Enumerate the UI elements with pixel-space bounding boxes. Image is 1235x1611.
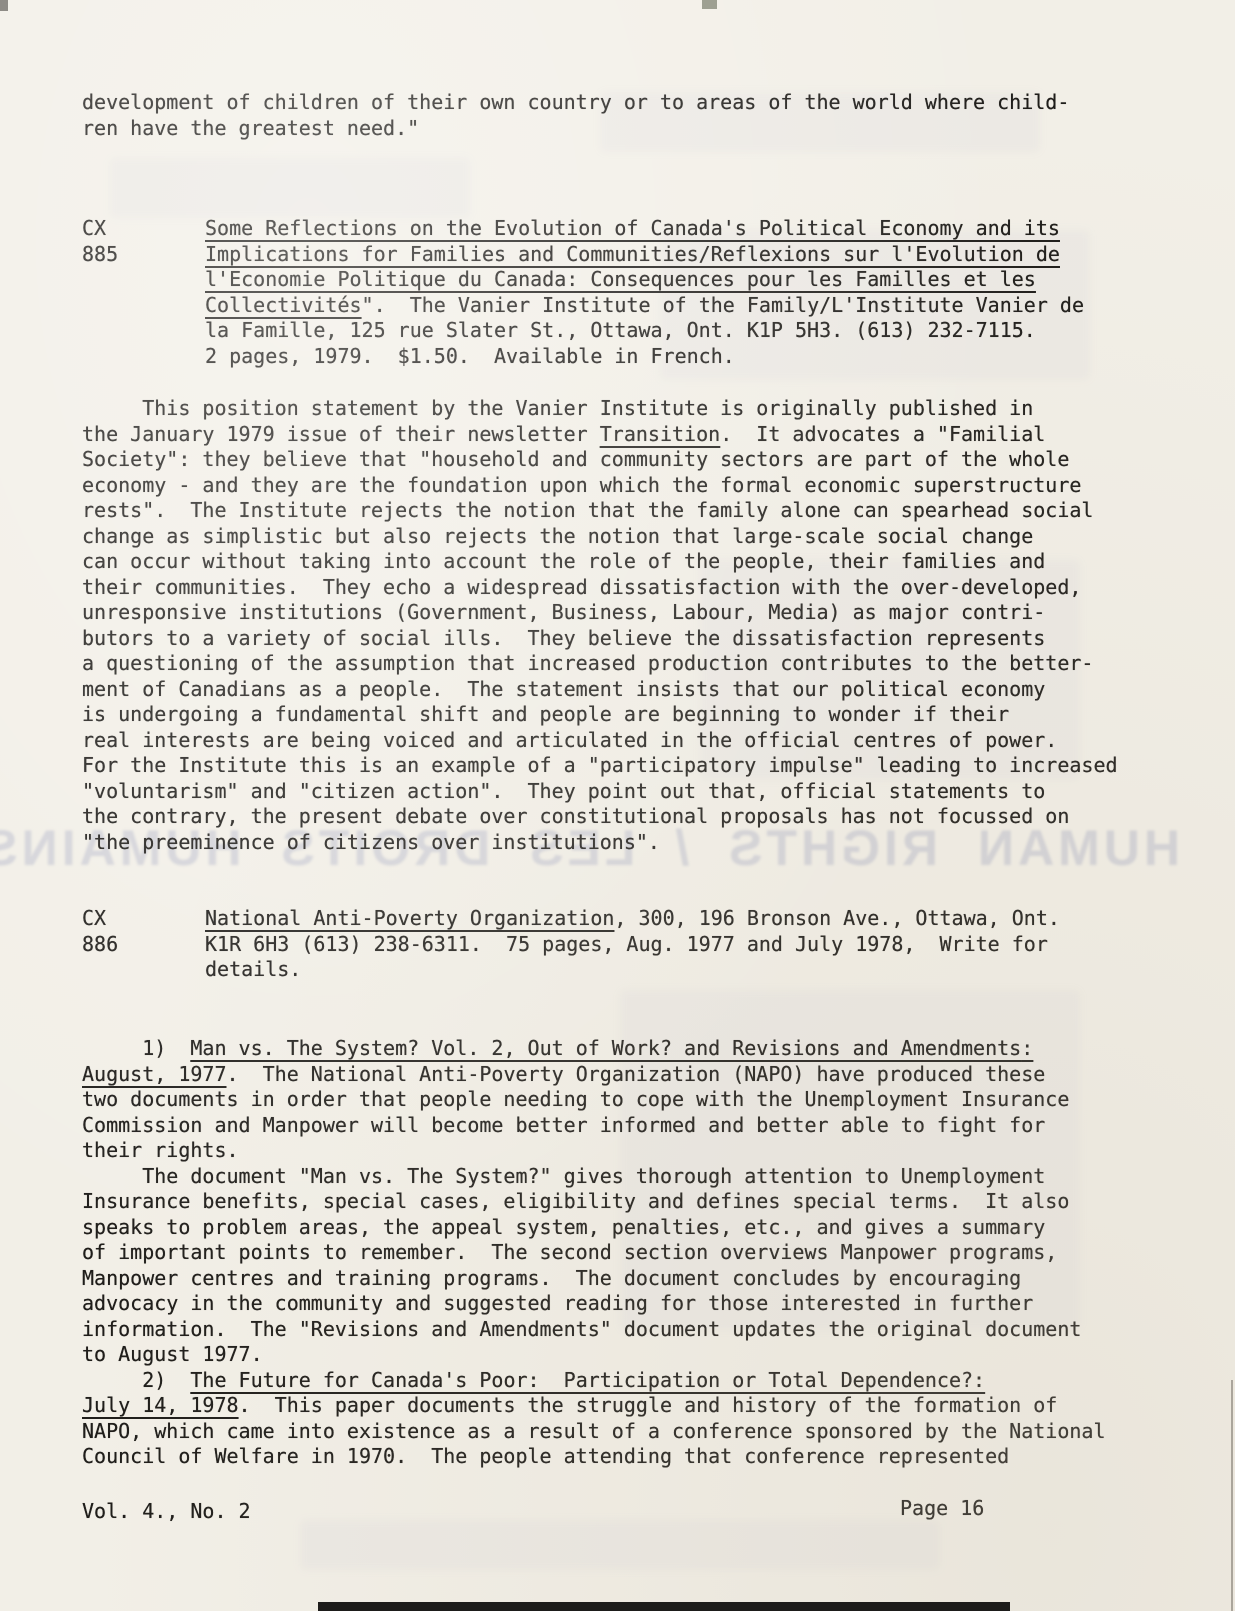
text-line: July 14, 1978. This paper documents the … xyxy=(82,1393,1106,1419)
entry-text: Some Reflections on the Evolution of Can… xyxy=(205,216,1084,369)
text-line: rests". The Institute rejects the notion… xyxy=(82,498,1118,524)
text-segment: The document "Man vs. The System?" gives… xyxy=(82,1164,1045,1188)
text-segment: "the preeminence of citizens over instit… xyxy=(82,830,660,854)
text-segment: rests". The Institute rejects the notion… xyxy=(82,498,1093,522)
underlined-text: l'Economie Politique du Canada: Conseque… xyxy=(205,267,1036,291)
footer-page-number: Page 16 xyxy=(900,1496,984,1522)
entry-id-line: 885 xyxy=(82,242,118,268)
entry-id-line: 886 xyxy=(82,932,118,958)
text-segment: Insurance benefits, special cases, eligi… xyxy=(82,1189,1069,1213)
text-segment: is undergoing a fundamental shift and pe… xyxy=(82,702,1009,726)
text-line: the January 1979 issue of their newslett… xyxy=(82,422,1118,448)
text-line: National Anti-Poverty Organization, 300,… xyxy=(205,906,1060,932)
text-line: For the Institute this is an example of … xyxy=(82,753,1118,779)
text-segment: la Famille, 125 rue Slater St., Ottawa, … xyxy=(205,318,1036,342)
text-line: economy - and they are the foundation up… xyxy=(82,473,1118,499)
entry-id: CX885 xyxy=(82,216,118,267)
text-segment: K1R 6H3 (613) 238-6311. 75 pages, Aug. 1… xyxy=(205,932,1048,956)
text-segment: Manpower centres and training programs. … xyxy=(82,1266,1021,1290)
bleedthrough-smudge xyxy=(110,158,470,218)
text-line: real interests are being voiced and arti… xyxy=(82,728,1118,754)
text-line: unresponsive institutions (Government, B… xyxy=(82,600,1118,626)
entry-text: development of children of their own cou… xyxy=(82,90,1069,141)
entry-text: 1) Man vs. The System? Vol. 2, Out of Wo… xyxy=(82,1036,1106,1470)
text-segment: unresponsive institutions (Government, B… xyxy=(82,600,1045,624)
text-segment: two documents in order that people needi… xyxy=(82,1087,1069,1111)
underlined-text: : xyxy=(1021,1036,1033,1060)
text-line: Society": they believe that "household a… xyxy=(82,447,1118,473)
text-line: The document "Man vs. The System?" gives… xyxy=(82,1164,1106,1190)
entry-cx-886: CX886National Anti-Poverty Organization,… xyxy=(82,906,1060,983)
intro-fragment: development of children of their own cou… xyxy=(82,90,1069,141)
text-line: K1R 6H3 (613) 238-6311. 75 pages, Aug. 1… xyxy=(205,932,1060,958)
text-line: 1) Man vs. The System? Vol. 2, Out of Wo… xyxy=(82,1036,1106,1062)
text-segment: Society": they believe that "household a… xyxy=(82,447,1069,471)
text-line: l'Economie Politique du Canada: Conseque… xyxy=(205,267,1084,293)
underlined-text: Man vs. The System? Vol. 2, Out of Work?… xyxy=(190,1036,1021,1060)
text-segment: their communities. They echo a widesprea… xyxy=(82,575,1081,599)
text-line: their rights. xyxy=(82,1138,1106,1164)
entry-id-line: CX xyxy=(82,906,118,932)
underlined-text: Some Reflections on the Evolution of Can… xyxy=(205,216,1060,240)
text-segment: . The National Anti-Poverty Organization… xyxy=(227,1062,1046,1086)
text-segment: of important points to remember. The sec… xyxy=(82,1240,1057,1264)
text-segment: real interests are being voiced and arti… xyxy=(82,728,1057,752)
text-segment: "voluntarism" and "citizen action". They… xyxy=(82,779,1045,803)
entry-text: National Anti-Poverty Organization, 300,… xyxy=(205,906,1060,983)
underlined-text: Implications for Families and Communitie… xyxy=(205,242,1060,266)
text-segment: change as simplistic but also rejects th… xyxy=(82,524,1033,548)
text-line: ment of Canadians as a people. The state… xyxy=(82,677,1118,703)
text-line: ren have the greatest need." xyxy=(82,116,1069,142)
text-segment: . This paper documents the struggle and … xyxy=(239,1393,1058,1417)
text-line: advocacy in the community and suggested … xyxy=(82,1291,1106,1317)
text-segment: ren have the greatest need." xyxy=(82,116,419,140)
text-line: Collectivités". The Vanier Institute of … xyxy=(205,293,1084,319)
review-cx-886: 1) Man vs. The System? Vol. 2, Out of Wo… xyxy=(82,1036,1106,1470)
text-line: their communities. They echo a widesprea… xyxy=(82,575,1118,601)
text-segment: , 300, 196 Bronson Ave., Ottawa, Ont. xyxy=(614,906,1060,930)
scan-artifact-top-left xyxy=(0,0,8,11)
text-line: "the preeminence of citizens over instit… xyxy=(82,830,1118,856)
entry-id-line: CX xyxy=(82,216,118,242)
text-segment: . It advocates a "Familial xyxy=(720,422,1045,446)
text-segment: 2 pages, 1979. $1.50. Available in Frenc… xyxy=(205,344,735,368)
text-line: can occur without taking into account th… xyxy=(82,549,1118,575)
text-line: development of children of their own cou… xyxy=(82,90,1069,116)
text-segment: ". The Vanier Institute of the Family/L'… xyxy=(362,293,1084,317)
text-line: Commission and Manpower will become bett… xyxy=(82,1113,1106,1139)
text-segment: advocacy in the community and suggested … xyxy=(82,1291,1033,1315)
text-line: Manpower centres and training programs. … xyxy=(82,1266,1106,1292)
text-line: August, 1977. The National Anti-Poverty … xyxy=(82,1062,1106,1088)
underlined-text: Collectivités xyxy=(205,293,362,317)
scan-artifact-top-center xyxy=(702,0,717,9)
text-line: Implications for Families and Communitie… xyxy=(205,242,1084,268)
text-line: Council of Welfare in 1970. The people a… xyxy=(82,1444,1106,1470)
text-line: butors to a variety of social ills. They… xyxy=(82,626,1118,652)
text-segment: For the Institute this is an example of … xyxy=(82,753,1118,777)
entry-text: This position statement by the Vanier In… xyxy=(82,396,1118,855)
text-segment: Commission and Manpower will become bett… xyxy=(82,1113,1045,1137)
text-line: two documents in order that people needi… xyxy=(82,1087,1106,1113)
text-segment: NAPO, which came into existence as a res… xyxy=(82,1419,1106,1443)
entry-cx-885: CX885Some Reflections on the Evolution o… xyxy=(82,216,1084,369)
text-line: Some Reflections on the Evolution of Can… xyxy=(205,216,1084,242)
text-line: This position statement by the Vanier In… xyxy=(82,396,1118,422)
text-segment: This position statement by the Vanier In… xyxy=(82,396,1033,420)
text-line: NAPO, which came into existence as a res… xyxy=(82,1419,1106,1445)
text-line: a questioning of the assumption that inc… xyxy=(82,651,1118,677)
text-line: la Famille, 125 rue Slater St., Ottawa, … xyxy=(205,318,1084,344)
underlined-text: The Future for Canada's Poor: Participat… xyxy=(190,1368,985,1392)
text-segment: economy - and they are the foundation up… xyxy=(82,473,1081,497)
entry-id: CX886 xyxy=(82,906,118,957)
bleedthrough-smudge xyxy=(300,1520,940,1570)
underlined-text: Transition xyxy=(600,422,720,446)
underlined-text: August, 1977 xyxy=(82,1062,227,1086)
text-segment: ment of Canadians as a people. The state… xyxy=(82,677,1045,701)
text-line: the contrary, the present debate over co… xyxy=(82,804,1118,830)
text-line: change as simplistic but also rejects th… xyxy=(82,524,1118,550)
text-segment: 1) xyxy=(82,1036,190,1060)
text-segment: the January 1979 issue of their newslett… xyxy=(82,422,600,446)
scan-artifact-bottom-bar xyxy=(318,1602,1010,1611)
text-line: Insurance benefits, special cases, eligi… xyxy=(82,1189,1106,1215)
text-segment: their rights. xyxy=(82,1138,239,1162)
text-line: speaks to problem areas, the appeal syst… xyxy=(82,1215,1106,1241)
text-line: 2 pages, 1979. $1.50. Available in Frenc… xyxy=(205,344,1084,370)
text-line: information. The "Revisions and Amendmen… xyxy=(82,1317,1106,1343)
text-segment: development of children of their own cou… xyxy=(82,90,1069,114)
text-segment: information. The "Revisions and Amendmen… xyxy=(82,1317,1081,1341)
underlined-text: July 14, 1978 xyxy=(82,1393,239,1417)
text-segment: to August 1977. xyxy=(82,1342,263,1366)
text-line: of important points to remember. The sec… xyxy=(82,1240,1106,1266)
text-line: "voluntarism" and "citizen action". They… xyxy=(82,779,1118,805)
text-line: 2) The Future for Canada's Poor: Partici… xyxy=(82,1368,1106,1394)
text-segment: butors to a variety of social ills. They… xyxy=(82,626,1045,650)
footer-volume: Vol. 4., No. 2 xyxy=(82,1499,251,1525)
scan-artifact-right-edge xyxy=(1231,1380,1233,1611)
text-segment: a questioning of the assumption that inc… xyxy=(82,651,1093,675)
text-segment: can occur without taking into account th… xyxy=(82,549,1045,573)
text-segment: 2) xyxy=(82,1368,190,1392)
text-line: to August 1977. xyxy=(82,1342,1106,1368)
text-segment: speaks to problem areas, the appeal syst… xyxy=(82,1215,1045,1239)
underlined-text: National Anti-Poverty Organization xyxy=(205,906,614,930)
text-line: details. xyxy=(205,957,1060,983)
text-line: is undergoing a fundamental shift and pe… xyxy=(82,702,1118,728)
text-segment: Council of Welfare in 1970. The people a… xyxy=(82,1444,1009,1468)
text-segment: details. xyxy=(205,957,301,981)
text-segment: the contrary, the present debate over co… xyxy=(82,804,1069,828)
review-cx-885: This position statement by the Vanier In… xyxy=(82,396,1118,855)
scanned-document-page: HUMAN RIGHTS / LES DROITS HUMAINS develo… xyxy=(0,0,1235,1611)
